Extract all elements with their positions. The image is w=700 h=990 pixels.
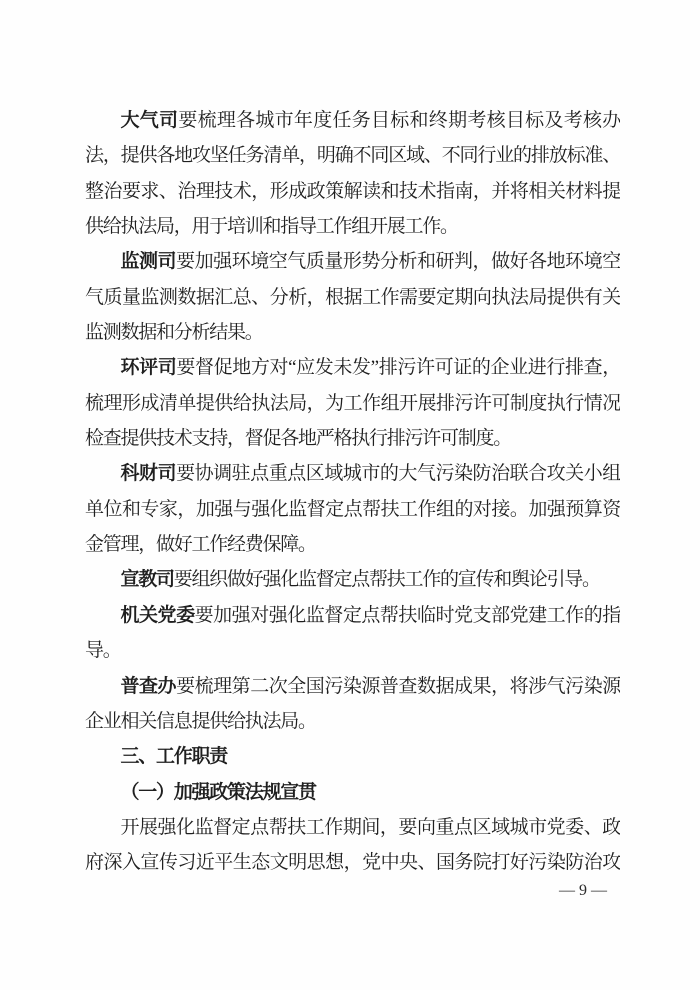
- text-line: 宣教司要组织做好强化监督定点帮扶工作的宣传和舆论引导。: [85, 562, 620, 597]
- department-name: 大气司: [121, 110, 179, 131]
- text-line: 开展强化监督定点帮扶工作期间，要向重点区域城市党委、政: [85, 810, 620, 845]
- text-line: 梳理形成清单提供给执法局，为工作组开展排污许可制度执行情况: [85, 386, 620, 421]
- department-name: 科财司: [121, 463, 177, 484]
- text-line: 检查提供技术支持，督促各地严格执行排污许可制度。: [85, 421, 620, 456]
- para-daqisi: 大气司要梳理各城市年度任务目标和终期考核目标及考核办法，提供各地攻坚任务清单，明…: [85, 103, 620, 244]
- para-huanpingsi: 环评司要督促地方对“应发未发”排污许可证的企业进行排查，梳理形成清单提供给执法局…: [85, 350, 620, 456]
- para-jiancesi: 监测司要加强环境空气质量形势分析和研判，做好各地环境空气质量监测数据汇总、分析，…: [85, 244, 620, 350]
- department-name: 监测司: [121, 251, 177, 272]
- text-line: 供给执法局，用于培训和指导工作组开展工作。: [85, 209, 620, 244]
- heading-section-3: 三、工作职责: [85, 739, 620, 774]
- text-line: 科财司要协调驻点重点区域城市的大气污染防治联合攻关小组: [85, 456, 620, 491]
- page-number: — 9 —: [559, 882, 607, 900]
- para-puchaban: 普查办要梳理第二次全国污染源普查数据成果，将涉气污染源企业相关信息提供给执法局。: [85, 669, 620, 740]
- text-line: 企业相关信息提供给执法局。: [85, 704, 620, 739]
- text-line: 法，提供各地攻坚任务清单，明确不同区域、不同行业的排放标准、: [85, 138, 620, 173]
- text-line: 大气司要梳理各城市年度任务目标和终期考核目标及考核办: [85, 103, 620, 138]
- para-kecaisi: 科财司要协调驻点重点区域城市的大气污染防治联合攻关小组单位和专家，加强与强化监督…: [85, 456, 620, 562]
- department-name: 宣教司: [121, 569, 174, 590]
- text-line: 整治要求、治理技术，形成政策解读和技术指南，并将相关材料提: [85, 174, 620, 209]
- text-line: 三、工作职责: [85, 739, 620, 774]
- text-line: 机关党委要加强对强化监督定点帮扶临时党支部党建工作的指: [85, 598, 620, 633]
- heading-subsection-1: （一）加强政策法规宣贯: [85, 775, 620, 810]
- text-line: 府深入宣传习近平生态文明思想，党中央、国务院打好污染防治攻: [85, 845, 620, 880]
- text-line: 导。: [85, 633, 620, 668]
- text-line: 气质量监测数据汇总、分析，根据工作需要定期向执法局提供有关: [85, 280, 620, 315]
- text-line: 单位和专家，加强与强化监督定点帮扶工作组的对接。加强预算资: [85, 492, 620, 527]
- department-name: 机关党委: [121, 605, 195, 626]
- text-line: 普查办要梳理第二次全国污染源普查数据成果，将涉气污染源: [85, 669, 620, 704]
- department-name: 普查办: [121, 676, 177, 697]
- para-xuanjiaosi: 宣教司要组织做好强化监督定点帮扶工作的宣传和舆论引导。: [85, 562, 620, 597]
- document-page: 大气司要梳理各城市年度任务目标和终期考核目标及考核办法，提供各地攻坚任务清单，明…: [0, 0, 700, 990]
- document-body: 大气司要梳理各城市年度任务目标和终期考核目标及考核办法，提供各地攻坚任务清单，明…: [85, 103, 620, 881]
- text-line: 环评司要督促地方对“应发未发”排污许可证的企业进行排查，: [85, 350, 620, 385]
- para-jiguandangwei: 机关党委要加强对强化监督定点帮扶临时党支部党建工作的指导。: [85, 598, 620, 669]
- text-line: （一）加强政策法规宣贯: [85, 775, 620, 810]
- text-line: 监测司要加强环境空气质量形势分析和研判，做好各地环境空: [85, 244, 620, 279]
- department-name: 环评司: [121, 357, 177, 378]
- text-line: 金管理，做好工作经费保障。: [85, 527, 620, 562]
- text-line: 监测数据和分析结果。: [85, 315, 620, 350]
- para-kaizhan: 开展强化监督定点帮扶工作期间，要向重点区域城市党委、政府深入宣传习近平生态文明思…: [85, 810, 620, 881]
